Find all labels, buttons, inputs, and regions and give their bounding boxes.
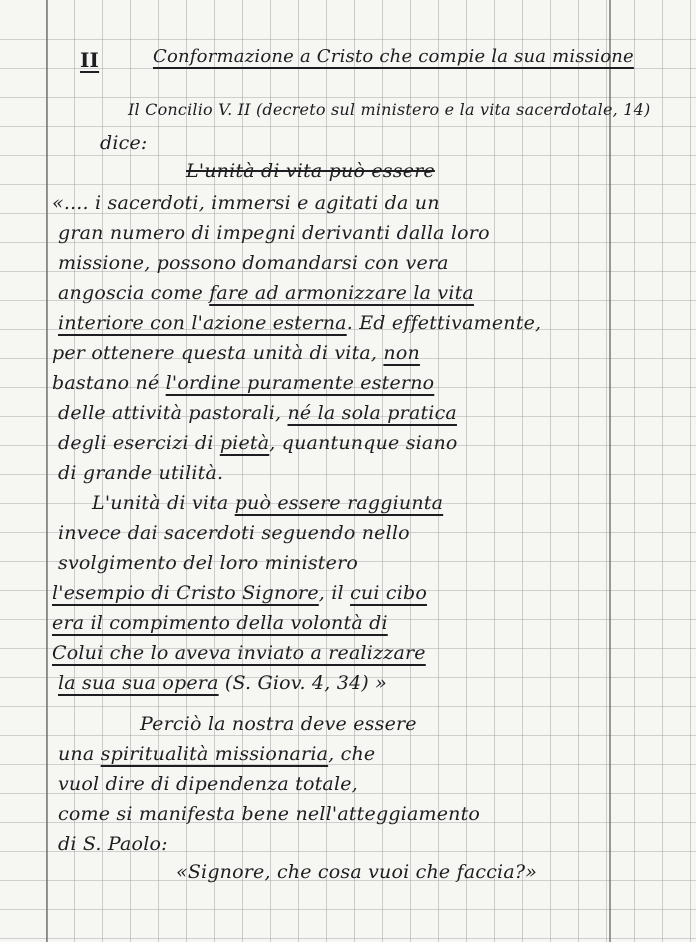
line-20-underlined: la sua sua opera — [58, 672, 219, 694]
line-17-underlined-b: cui cibo — [350, 582, 427, 604]
line-7-underlined: fare ad armonizzare la vita — [209, 282, 474, 304]
line-14-text: L'unità di vita — [92, 492, 235, 514]
line-3-struck: L'unità di vita può essere — [186, 160, 435, 182]
line-23: vuol dire di dipendenza totale, — [58, 773, 358, 795]
line-11-text: delle attività pastorali, — [58, 402, 288, 424]
line-13: di grande utilità. — [58, 462, 223, 484]
line-17-text: , il — [319, 582, 350, 604]
left-margin-line — [46, 0, 48, 942]
line-22-underlined: spiritualità missionaria — [101, 743, 328, 765]
line-17: l'esempio di Cristo Signore, il cui cibo — [52, 582, 427, 604]
line-12-text-b: , quantunque siano — [269, 432, 457, 454]
line-2: dice: — [100, 132, 148, 154]
line-10-underlined: l'ordine puramente esterno — [166, 372, 435, 394]
section-heading: Conformazione a Cristo che compie la sua… — [153, 46, 634, 67]
line-26-quote: «Signore, che cosa vuoi che faccia?» — [176, 861, 537, 883]
line-7-text: angoscia come — [58, 282, 209, 304]
line-7: angoscia come fare ad armonizzare la vit… — [58, 282, 474, 304]
line-25: di S. Paolo: — [58, 833, 168, 855]
line-18: era il compimento della volontà di — [52, 612, 388, 634]
line-8: interiore con l'azione esterna. Ed effet… — [58, 312, 541, 334]
section-number-text: II — [80, 48, 99, 72]
line-10-text: bastano né — [52, 372, 166, 394]
line-1: Il Concilio V. II (decreto sul ministero… — [128, 100, 650, 119]
right-margin-line — [609, 0, 611, 942]
line-20-citation: (S. Giov. 4, 34) » — [219, 672, 387, 694]
line-8-underlined: interiore con l'azione esterna — [58, 312, 347, 334]
line-14: L'unità di vita può essere raggiunta — [92, 492, 443, 514]
line-22-text: una — [58, 743, 101, 765]
line-9-underlined: non — [383, 342, 420, 364]
line-5: gran numero di impegni derivanti dalla l… — [58, 222, 490, 244]
line-10: bastano né l'ordine puramente esterno — [52, 372, 434, 394]
line-11-underlined: né la sola pratica — [288, 402, 457, 424]
line-15: invece dai sacerdoti seguendo nello — [58, 522, 410, 544]
line-12-text: degli esercizi di — [58, 432, 220, 454]
line-9: per ottenere questa unità di vita, non — [52, 342, 420, 364]
line-22-text-b: , che — [328, 743, 375, 765]
section-number: II — [80, 48, 99, 72]
line-16: svolgimento del loro ministero — [58, 552, 358, 574]
line-6: missione, possono domandarsi con vera — [58, 252, 449, 274]
line-17-underlined: l'esempio di Cristo Signore — [52, 582, 319, 604]
line-11: delle attività pastorali, né la sola pra… — [58, 402, 457, 424]
line-12: degli esercizi di pietà, quantunque sian… — [58, 432, 458, 454]
line-12-underlined: pietà — [220, 432, 269, 454]
line-20: la sua sua opera (S. Giov. 4, 34) » — [58, 672, 387, 694]
line-8-text: . Ed effettivamente, — [347, 312, 542, 334]
line-9-text: per ottenere questa unità di vita, — [52, 342, 383, 364]
line-4: «.... i sacerdoti, immersi e agitati da … — [52, 192, 440, 214]
line-22: una spiritualità missionaria, che — [58, 743, 375, 765]
line-14-underlined: può essere raggiunta — [235, 492, 443, 514]
line-19: Colui che lo aveva inviato a realizzare — [52, 642, 426, 664]
line-21: Perciò la nostra deve essere — [140, 713, 417, 735]
line-24: come si manifesta bene nell'atteggiament… — [58, 803, 480, 825]
